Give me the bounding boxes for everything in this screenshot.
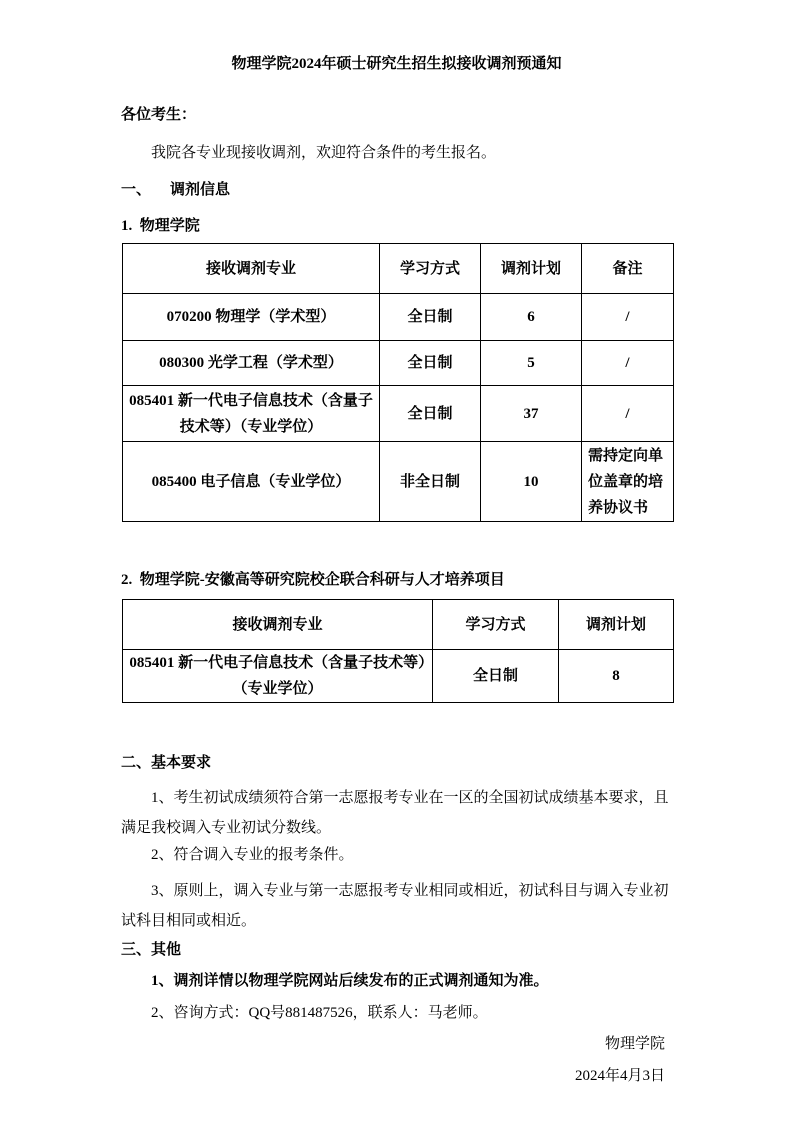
cell-plan: 10 [481,442,582,522]
col-mode: 学习方式 [380,244,481,294]
cell-plan: 6 [481,294,582,341]
cell-note: / [582,386,674,442]
subsection1-heading: 1. 物理学院 [121,214,200,235]
cell-mode: 全日制 [380,341,481,386]
other-item-1: 1、调剂详情以物理学院网站后续发布的正式调剂通知为准。 [151,969,549,990]
greeting: 各位考生： [121,103,196,124]
cell-major: 085401 新一代电子信息技术（含量子技术等）（专业学位） [123,386,380,442]
other-item-2: 2、咨询方式：QQ号881487526，联系人：马老师。 [151,1001,488,1022]
table-header-row: 接收调剂专业 学习方式 调剂计划 备注 [123,244,674,294]
section2-heading: 二、基本要求 [121,751,211,772]
page-title: 物理学院2024年硕士研究生招生拟接收调剂预通知 [0,52,793,73]
signature-org: 物理学院 [605,1032,665,1053]
cell-plan: 8 [559,650,674,703]
cell-plan: 5 [481,341,582,386]
requirement-1: 1、考生初试成绩须符合第一志愿报考专业在一区的全国初试成绩基本要求，且满足我校调… [121,783,673,843]
table-joint-project: 接收调剂专业 学习方式 调剂计划 085401 新一代电子信息技术（含量子技术等… [122,599,674,703]
col-plan: 调剂计划 [481,244,582,294]
subsection2-heading: 2. 物理学院-安徽高等研究院校企联合科研与人才培养项目 [121,568,505,589]
cell-plan: 37 [481,386,582,442]
cell-note: / [582,341,674,386]
table-physics: 接收调剂专业 学习方式 调剂计划 备注 070200 物理学（学术型） 全日制 … [122,243,674,522]
section1-heading: 调剂信息 [170,178,230,199]
cell-note: 需持定向单位盖章的培养协议书 [582,442,674,522]
col-mode: 学习方式 [433,600,559,650]
col-major: 接收调剂专业 [123,244,380,294]
section1-number: 一、 [121,178,151,199]
cell-mode: 全日制 [433,650,559,703]
table-row: 070200 物理学（学术型） 全日制 6 / [123,294,674,341]
cell-mode: 全日制 [380,386,481,442]
cell-major: 085400 电子信息（专业学位） [123,442,380,522]
cell-major: 080300 光学工程（学术型） [123,341,380,386]
requirement-3: 3、原则上，调入专业与第一志愿报考专业相同或相近，初试科目与调入专业初试科目相同… [121,876,673,936]
col-note: 备注 [582,244,674,294]
table-header-row: 接收调剂专业 学习方式 调剂计划 [123,600,674,650]
cell-mode: 全日制 [380,294,481,341]
table-row: 085400 电子信息（专业学位） 非全日制 10 需持定向单位盖章的培养协议书 [123,442,674,522]
intro-paragraph: 我院各专业现接收调剂，欢迎符合条件的考生报名。 [151,141,496,162]
section3-heading: 三、其他 [121,938,181,959]
cell-note: / [582,294,674,341]
signature-date: 2024年4月3日 [575,1064,665,1085]
requirement-2: 2、符合调入专业的报考条件。 [151,845,354,865]
table-row: 085401 新一代电子信息技术（含量子技术等）（专业学位） 全日制 8 [123,650,674,703]
cell-mode: 非全日制 [380,442,481,522]
cell-major: 070200 物理学（学术型） [123,294,380,341]
col-major: 接收调剂专业 [123,600,433,650]
table-row: 080300 光学工程（学术型） 全日制 5 / [123,341,674,386]
cell-major: 085401 新一代电子信息技术（含量子技术等）（专业学位） [123,650,433,703]
col-plan: 调剂计划 [559,600,674,650]
table-row: 085401 新一代电子信息技术（含量子技术等）（专业学位） 全日制 37 / [123,386,674,442]
